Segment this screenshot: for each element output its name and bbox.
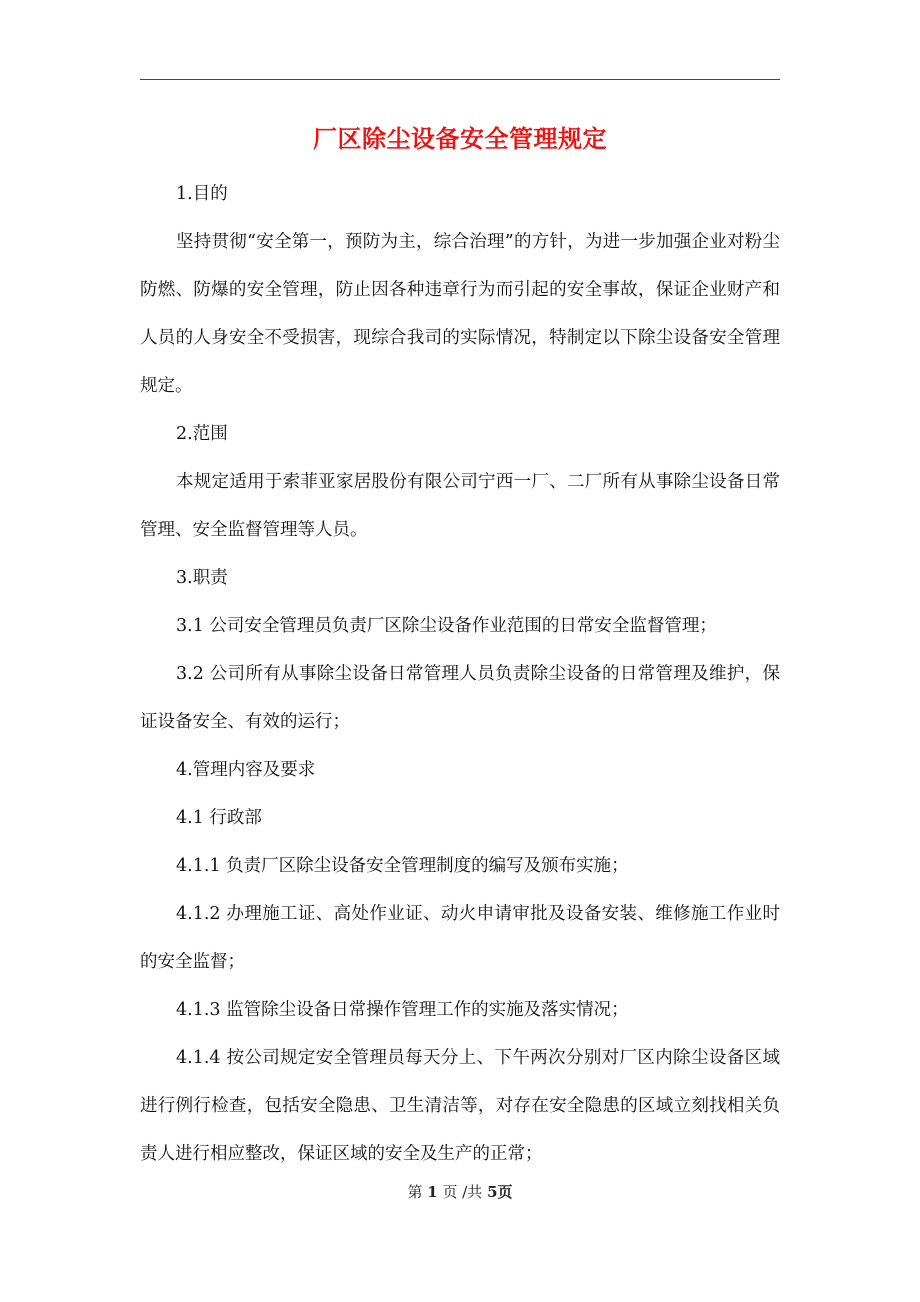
section-heading-responsibilities: 3.职责 xyxy=(140,554,780,602)
document-title: 厂区除尘设备安全管理规定 xyxy=(140,121,780,157)
section-heading-purpose: 1.目的 xyxy=(140,170,780,218)
header-rule xyxy=(140,79,780,80)
document-body: 1.目的 坚持贯彻“安全第一，预防为主，综合治理”的方针，为进一步加强企业对粉尘… xyxy=(140,170,780,1178)
footer-suffix: 页 xyxy=(498,1183,513,1201)
clause-3-1: 3.1 公司安全管理员负责厂区除尘设备作业范围的日常安全监督管理； xyxy=(140,602,780,650)
subsection-heading-4-1: 4.1 行政部 xyxy=(140,794,780,842)
paragraph-purpose: 坚持贯彻“安全第一，预防为主，综合治理”的方针，为进一步加强企业对粉尘防燃、防爆… xyxy=(140,218,780,410)
section-heading-management: 4.管理内容及要求 xyxy=(140,746,780,794)
clause-4-1-4: 4.1.4 按公司规定安全管理员每天分上、下午两次分别对厂区内除尘设备区域进行例… xyxy=(140,1034,780,1178)
document-page: 厂区除尘设备安全管理规定 1.目的 坚持贯彻“安全第一，预防为主，综合治理”的方… xyxy=(0,0,920,1302)
page-footer: 第 1 页 /共 5页 xyxy=(0,1180,920,1204)
clause-4-1-1: 4.1.1 负责厂区除尘设备安全管理制度的编写及颁布实施； xyxy=(140,842,780,890)
clause-3-2: 3.2 公司所有从事除尘设备日常管理人员负责除尘设备的日常管理及维护，保证设备安… xyxy=(140,650,780,746)
paragraph-scope: 本规定适用于索菲亚家居股份有限公司宁西一厂、二厂所有从事除尘设备日常管理、安全监… xyxy=(140,458,780,554)
clause-4-1-3: 4.1.3 监管除尘设备日常操作管理工作的实施及落实情况； xyxy=(140,986,780,1034)
footer-middle: 页 /共 xyxy=(442,1183,482,1201)
clause-4-1-2: 4.1.2 办理施工证、高处作业证、动火申请审批及设备安装、维修施工作业时的安全… xyxy=(140,890,780,986)
section-heading-scope: 2.范围 xyxy=(140,410,780,458)
footer-prefix: 第 xyxy=(407,1183,422,1201)
total-pages-number: 5 xyxy=(487,1183,497,1201)
current-page-number: 1 xyxy=(427,1183,437,1201)
